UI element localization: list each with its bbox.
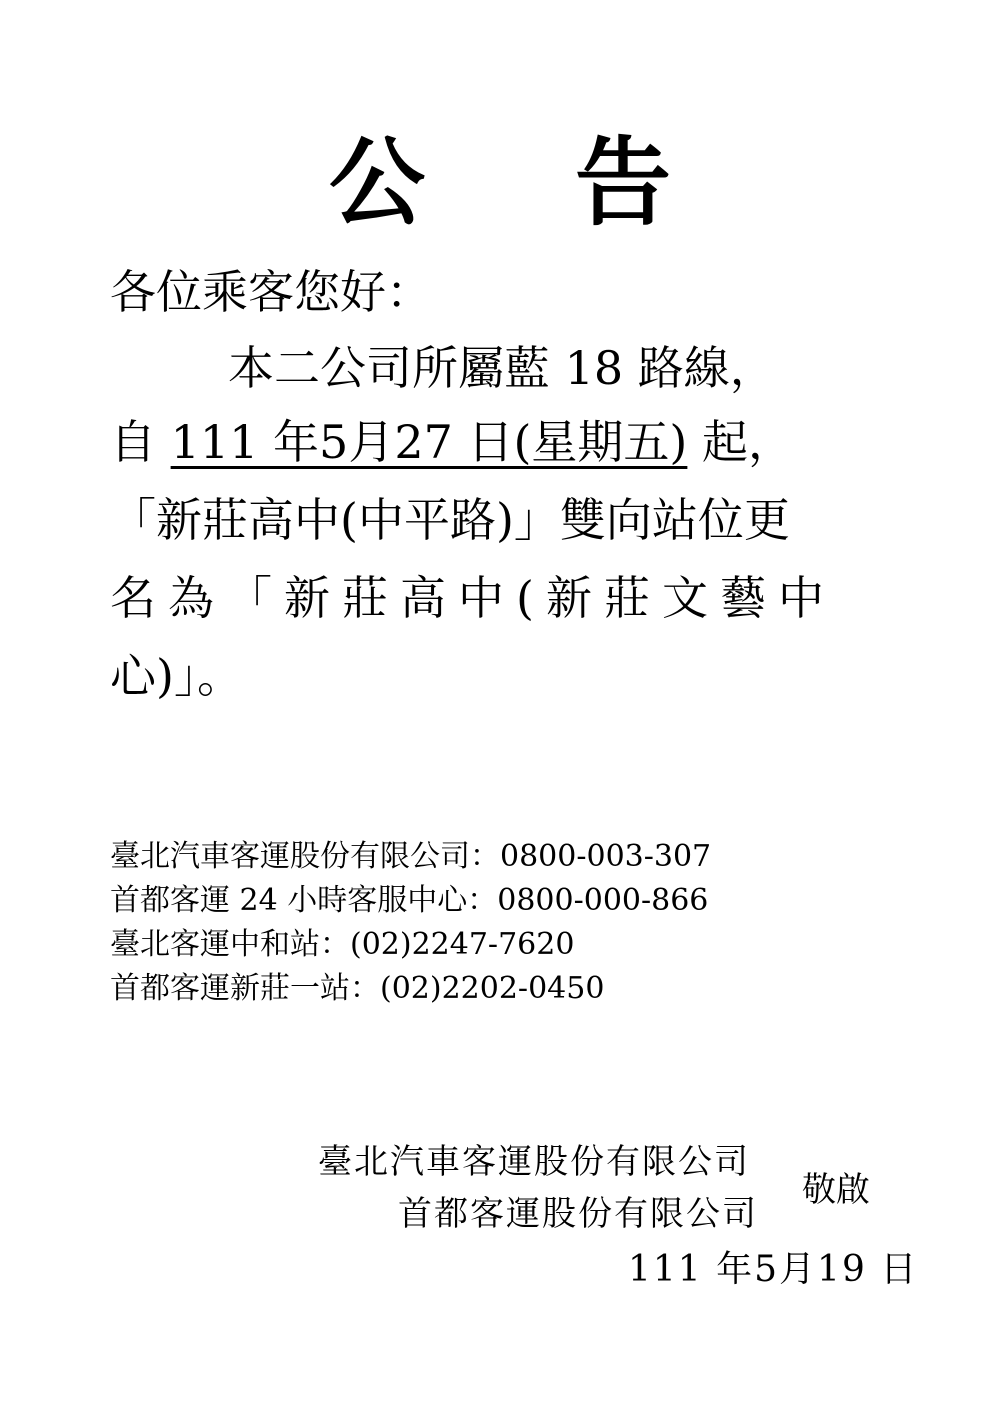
title-char-2: 告 bbox=[575, 128, 671, 238]
body-line-4: 名為「新莊高中(新莊文藝中 bbox=[110, 568, 836, 628]
contact-item: 首都客運新莊一站：(02)2202-0450 bbox=[110, 967, 711, 1011]
effective-date: 111 年5月27 日(星期五) bbox=[171, 415, 688, 469]
signature-date: 111 年5月19 日 bbox=[628, 1246, 918, 1294]
contact-label: 首都客運 24 小時客服中心： bbox=[110, 883, 497, 918]
contact-list: 臺北汽車客運股份有限公司：0800-003-307 首都客運 24 小時客服中心… bbox=[110, 835, 711, 1011]
line2-suffix: 起， bbox=[687, 415, 794, 469]
line2-prefix: 自 bbox=[110, 415, 171, 469]
body-line-5: 心)」。 bbox=[110, 646, 243, 706]
contact-phone: (02)2202-0450 bbox=[380, 971, 604, 1006]
greeting: 各位乘客您好： bbox=[110, 262, 432, 322]
signature-company-2: 首都客運股份有限公司 bbox=[398, 1192, 758, 1236]
contact-phone: (02)2247-7620 bbox=[350, 927, 574, 962]
contact-label: 首都客運新莊一站： bbox=[110, 971, 380, 1006]
notice-page: 公告 各位乘客您好： 本二公司所屬藍 18 路線， 自 111 年5月27 日(… bbox=[0, 0, 1000, 1415]
signature-closing: 敬啟 bbox=[802, 1168, 870, 1212]
contact-item: 臺北客運中和站：(02)2247-7620 bbox=[110, 923, 711, 967]
title-char-1: 公 bbox=[329, 128, 425, 238]
body-line-3: 「新莊高中(中平路)」雙向站位更 bbox=[110, 490, 790, 550]
body-line-2: 自 111 年5月27 日(星期五) 起， bbox=[110, 412, 794, 472]
contact-phone: 0800-003-307 bbox=[500, 839, 711, 874]
contact-label: 臺北客運中和站： bbox=[110, 927, 350, 962]
contact-label: 臺北汽車客運股份有限公司： bbox=[110, 839, 500, 874]
body-line-1: 本二公司所屬藍 18 路線， bbox=[228, 338, 776, 398]
contact-item: 首都客運 24 小時客服中心：0800-000-866 bbox=[110, 879, 711, 923]
signature-company-1: 臺北汽車客運股份有限公司 bbox=[318, 1140, 750, 1184]
contact-item: 臺北汽車客運股份有限公司：0800-003-307 bbox=[110, 835, 711, 879]
contact-phone: 0800-000-866 bbox=[497, 883, 708, 918]
notice-title: 公告 bbox=[0, 128, 1000, 238]
